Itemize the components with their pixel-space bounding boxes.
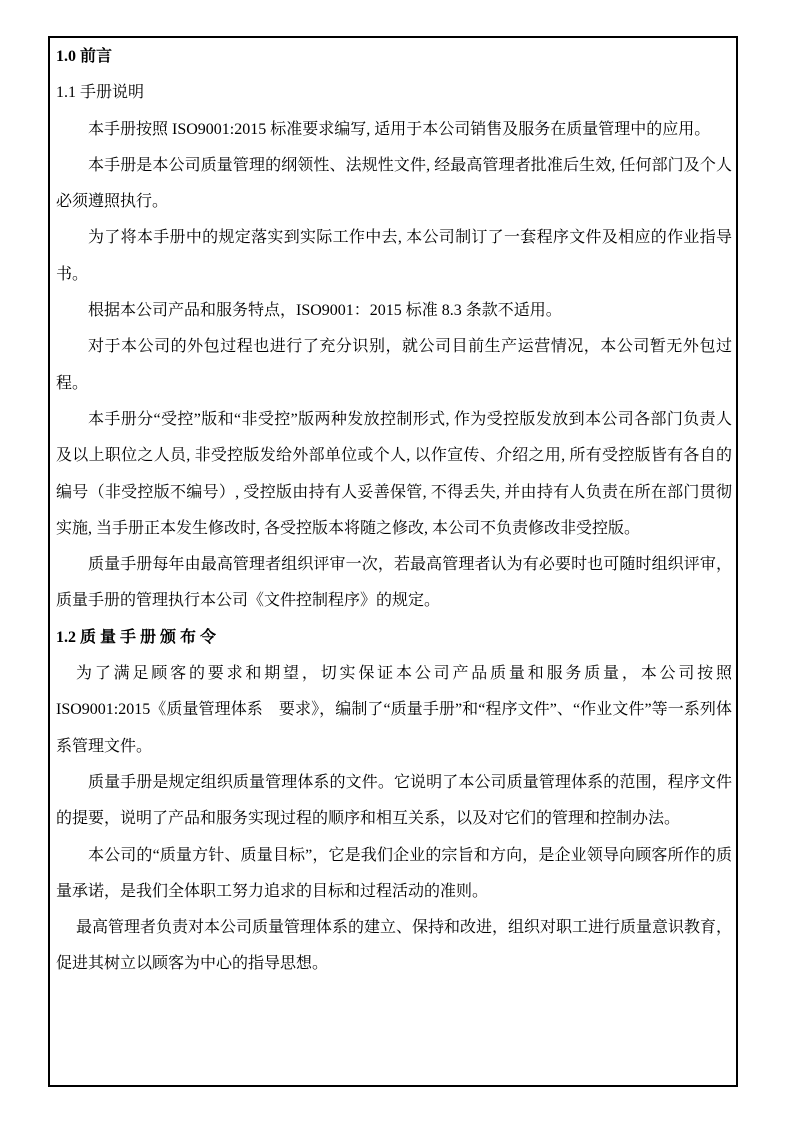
paragraph-annual-review: 质量手册每年由最高管理者组织评审一次，若最高管理者认为有必要时也可随时组织评审，… xyxy=(56,547,732,620)
paragraph-exclusion-clause: 根据本公司产品和服务特点，ISO9001：2015 标准 8.3 条款不适用。 xyxy=(56,293,732,329)
paragraph-customer-requirements: 为了满足顾客的要求和期望，切实保证本公司产品质量和服务质量，本公司按照 ISO9… xyxy=(56,656,732,765)
paragraph-manual-authority: 本手册是本公司质量管理的纲领性、法规性文件, 经最高管理者批准后生效, 任何部门… xyxy=(56,148,732,221)
paragraph-outsourcing: 对于本公司的外包过程也进行了充分识别，就公司目前生产运营情况，本公司暂无外包过程… xyxy=(56,329,732,402)
heading-foreword: 1.0 前言 xyxy=(56,39,732,75)
subheading-manual-description: 1.1 手册说明 xyxy=(56,75,732,111)
paragraph-procedure-documents: 为了将本手册中的规定落实到实际工作中去, 本公司制订了一套程序文件及相应的作业指… xyxy=(56,220,732,293)
heading-promulgation-order: 1.2 质 量 手 册 颁 布 令 xyxy=(56,620,732,656)
paragraph-manual-basis: 本手册按照 ISO9001:2015 标准要求编写, 适用于本公司销售及服务在质… xyxy=(56,112,732,148)
paragraph-manual-definition: 质量手册是规定组织质量管理体系的文件。它说明了本公司质量管理体系的范围，程序文件… xyxy=(56,765,732,838)
document-border-frame: 1.0 前言 1.1 手册说明 本手册按照 ISO9001:2015 标准要求编… xyxy=(48,36,738,1087)
paragraph-controlled-copies: 本手册分“受控”版和“非受控”版两种发放控制形式, 作为受控版发放到本公司各部门… xyxy=(56,402,732,547)
paragraph-quality-policy: 本公司的“质量方针、质量目标”，它是我们企业的宗旨和方向，是企业领导向顾客所作的… xyxy=(56,838,732,911)
paragraph-top-management: 最高管理者负责对本公司质量管理体系的建立、保持和改进，组织对职工进行质量意识教育… xyxy=(56,910,732,983)
page: { "page": { "background": "#ffffff", "te… xyxy=(0,0,793,1122)
